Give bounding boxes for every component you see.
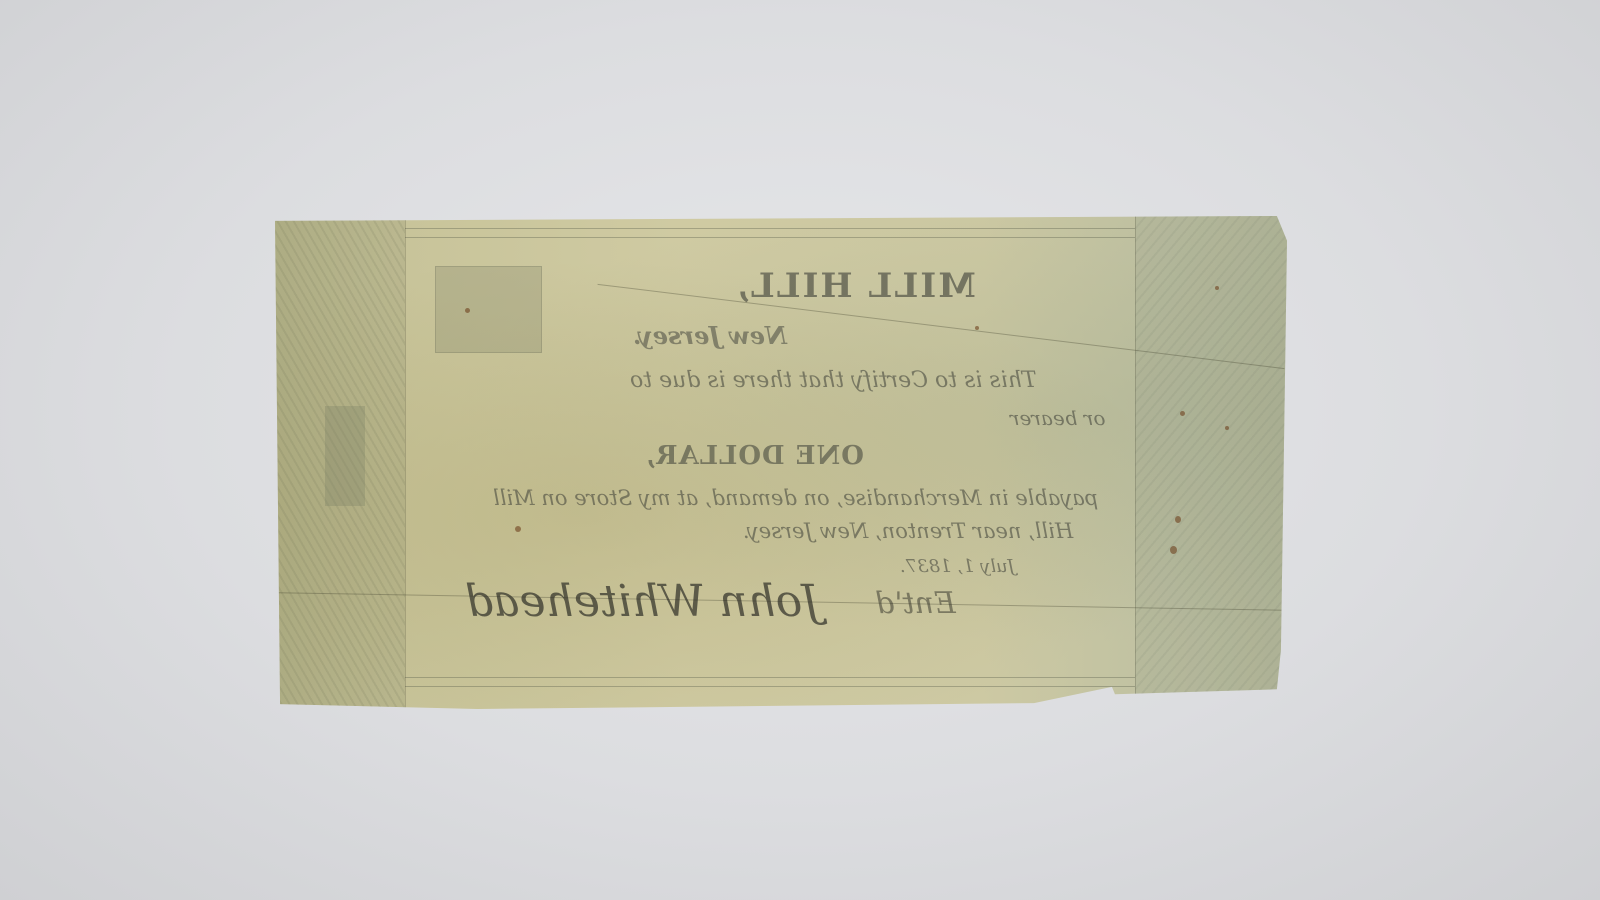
certify-line: This is to Certify that there is due to (630, 368, 1037, 393)
denomination-showthrough (325, 406, 365, 506)
note-title: MILL HILL, (735, 266, 976, 306)
bearer-line: or bearer (1010, 406, 1105, 430)
initials: Ent'd (875, 586, 956, 621)
payable-line-1: payable in Merchandise, on demand, at my… (493, 486, 1098, 510)
vignette-showthrough (435, 266, 542, 353)
foxing-spot (1225, 426, 1229, 430)
bottom-border-lines (405, 677, 1135, 687)
note-state: New Jersey. (633, 321, 787, 350)
foxing-spot (975, 326, 979, 330)
banknote: MILL HILL, New Jersey. This is to Certif… (275, 216, 1287, 709)
fold-line (405, 216, 406, 709)
right-ornamental-panel (1135, 216, 1287, 709)
foxing-spot (465, 308, 470, 313)
foxing-spot (1175, 516, 1181, 523)
fold-line (1135, 216, 1136, 709)
foxing-spot (1180, 411, 1185, 416)
foxing-spot (515, 526, 521, 532)
signature: John Whitehead (465, 576, 820, 627)
payable-line-2: Hill, near Trenton, New Jersey. (743, 519, 1073, 543)
issue-date: July 1, 1837. (900, 556, 1015, 577)
top-border-lines (405, 228, 1135, 238)
amount-text: ONE DOLLAR, (645, 441, 864, 471)
foxing-spot (1215, 286, 1219, 290)
foxing-spot (1170, 546, 1177, 554)
